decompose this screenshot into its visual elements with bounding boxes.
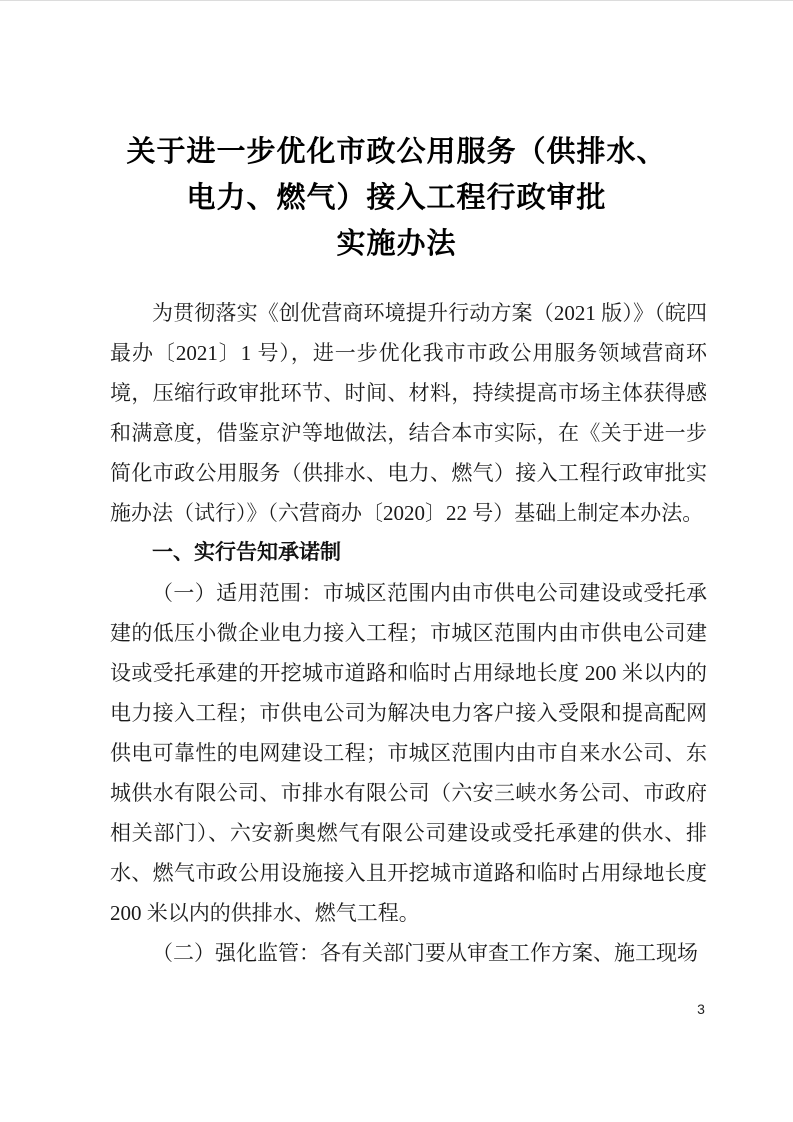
page-number: 3 [691, 1000, 711, 1018]
item-2-text: 各有关部门要从审查工作方案、施工现场 [320, 941, 698, 965]
document-title-line-1: 关于进一步优化市政公用服务（供排水、 [40, 129, 753, 175]
paragraph-item-2: （二）强化监管：各有关部门要从审查工作方案、施工现场 [110, 933, 707, 973]
document-page: 关于进一步优化市政公用服务（供排水、 电力、燃气）接入工程行政审批 实施办法 为… [0, 0, 793, 1122]
paragraph-item-1: （一）适用范围：市城区范围内由市供电公司建设或受托承建的低压小微企业电力接入工程… [110, 573, 707, 933]
document-title-line-2: 电力、燃气）接入工程行政审批 [40, 175, 753, 221]
section-heading-1: 一、实行告知承诺制 [110, 533, 707, 573]
document-title-line-3: 实施办法 [40, 221, 753, 267]
item-2-label: （二）强化监管： [152, 941, 320, 965]
item-1-label: （一）适用范围： [152, 581, 323, 605]
document-title: 关于进一步优化市政公用服务（供排水、 电力、燃气）接入工程行政审批 实施办法 [40, 129, 753, 267]
item-1-text: 市城区范围内由市供电公司建设或受托承建的低压小微企业电力接入工程；市城区范围内由… [110, 581, 707, 925]
paragraph-intro: 为贯彻落实《创优营商环境提升行动方案（2021 版）》（皖四最办〔2021〕1 … [110, 293, 707, 533]
document-body: 为贯彻落实《创优营商环境提升行动方案（2021 版）》（皖四最办〔2021〕1 … [110, 293, 707, 973]
